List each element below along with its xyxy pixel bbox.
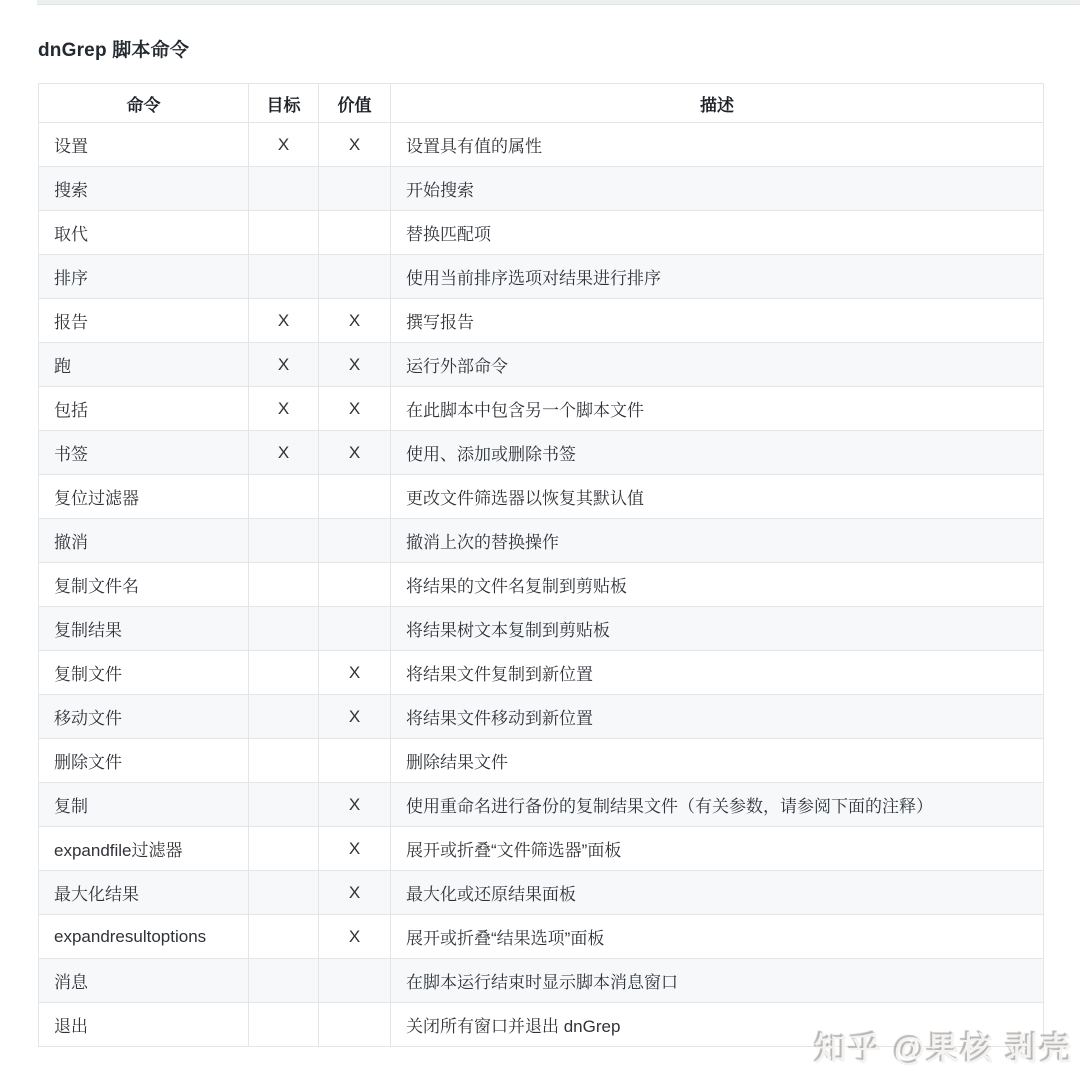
command-cell: 复位过滤器 xyxy=(39,475,249,519)
value-cell xyxy=(319,959,391,1003)
page: dnGrep 脚本命令 命令 目标 价值 描述 设置XX设置具有值的属性搜索开始… xyxy=(0,0,1080,1090)
target-cell: X xyxy=(249,299,319,343)
description-cell: 撰写报告 xyxy=(391,299,1044,343)
column-header-value: 价值 xyxy=(319,84,391,123)
column-header-command: 命令 xyxy=(39,84,249,123)
description-cell: 运行外部命令 xyxy=(391,343,1044,387)
description-cell: 使用重命名进行备份的复制结果文件（有关参数，请参阅下面的注释） xyxy=(391,783,1044,827)
target-cell xyxy=(249,167,319,211)
value-cell xyxy=(319,739,391,783)
command-cell: 最大化结果 xyxy=(39,871,249,915)
description-cell: 展开或折叠“结果选项”面板 xyxy=(391,915,1044,959)
table-row: 包括XX在此脚本中包含另一个脚本文件 xyxy=(39,387,1044,431)
command-cell: 搜索 xyxy=(39,167,249,211)
description-cell: 将结果的文件名复制到剪贴板 xyxy=(391,563,1044,607)
value-cell xyxy=(319,167,391,211)
description-cell: 设置具有值的属性 xyxy=(391,123,1044,167)
value-cell: X xyxy=(319,123,391,167)
target-cell xyxy=(249,915,319,959)
description-cell: 删除结果文件 xyxy=(391,739,1044,783)
command-cell: 复制文件名 xyxy=(39,563,249,607)
command-cell: 包括 xyxy=(39,387,249,431)
target-cell xyxy=(249,1003,319,1047)
target-cell xyxy=(249,783,319,827)
column-header-target: 目标 xyxy=(249,84,319,123)
value-cell xyxy=(319,607,391,651)
value-cell xyxy=(319,255,391,299)
table-row: 报告XX撰写报告 xyxy=(39,299,1044,343)
value-cell: X xyxy=(319,915,391,959)
value-cell xyxy=(319,475,391,519)
command-cell: 跑 xyxy=(39,343,249,387)
table-row: 复制X使用重命名进行备份的复制结果文件（有关参数，请参阅下面的注释） xyxy=(39,783,1044,827)
description-cell: 将结果树文本复制到剪贴板 xyxy=(391,607,1044,651)
command-cell: 报告 xyxy=(39,299,249,343)
description-cell: 更改文件筛选器以恢复其默认值 xyxy=(391,475,1044,519)
description-cell: 开始搜索 xyxy=(391,167,1044,211)
command-cell: 复制结果 xyxy=(39,607,249,651)
value-cell: X xyxy=(319,827,391,871)
value-cell: X xyxy=(319,431,391,475)
commands-table: 命令 目标 价值 描述 设置XX设置具有值的属性搜索开始搜索取代替换匹配项排序使… xyxy=(38,83,1044,1047)
description-cell: 替换匹配项 xyxy=(391,211,1044,255)
table-row: expandfile过滤器X展开或折叠“文件筛选器”面板 xyxy=(39,827,1044,871)
table-row: 复制文件X将结果文件复制到新位置 xyxy=(39,651,1044,695)
description-cell: 将结果文件移动到新位置 xyxy=(391,695,1044,739)
target-cell xyxy=(249,739,319,783)
target-cell xyxy=(249,211,319,255)
target-cell: X xyxy=(249,343,319,387)
command-cell: 消息 xyxy=(39,959,249,1003)
table-row: 书签XX使用、添加或删除书签 xyxy=(39,431,1044,475)
target-cell xyxy=(249,563,319,607)
target-cell xyxy=(249,827,319,871)
table-row: 复位过滤器更改文件筛选器以恢复其默认值 xyxy=(39,475,1044,519)
target-cell xyxy=(249,475,319,519)
table-row: 最大化结果X最大化或还原结果面板 xyxy=(39,871,1044,915)
command-cell: 设置 xyxy=(39,123,249,167)
target-cell: X xyxy=(249,123,319,167)
value-cell xyxy=(319,519,391,563)
value-cell: X xyxy=(319,651,391,695)
table-header-row: 命令 目标 价值 描述 xyxy=(39,84,1044,123)
description-cell: 最大化或还原结果面板 xyxy=(391,871,1044,915)
table-body: 设置XX设置具有值的属性搜索开始搜索取代替换匹配项排序使用当前排序选项对结果进行… xyxy=(39,123,1044,1047)
page-title: dnGrep 脚本命令 xyxy=(38,35,189,62)
description-cell: 在脚本运行结束时显示脚本消息窗口 xyxy=(391,959,1044,1003)
target-cell xyxy=(249,871,319,915)
table-row: 排序使用当前排序选项对结果进行排序 xyxy=(39,255,1044,299)
target-cell: X xyxy=(249,431,319,475)
target-cell: X xyxy=(249,387,319,431)
table-row: 复制结果将结果树文本复制到剪贴板 xyxy=(39,607,1044,651)
table-row: 删除文件删除结果文件 xyxy=(39,739,1044,783)
target-cell xyxy=(249,959,319,1003)
column-header-description: 描述 xyxy=(391,84,1044,123)
description-cell: 将结果文件复制到新位置 xyxy=(391,651,1044,695)
description-cell: 在此脚本中包含另一个脚本文件 xyxy=(391,387,1044,431)
command-cell: 退出 xyxy=(39,1003,249,1047)
command-cell: expandresultoptions xyxy=(39,915,249,959)
target-cell xyxy=(249,651,319,695)
table-row: 设置XX设置具有值的属性 xyxy=(39,123,1044,167)
command-cell: 排序 xyxy=(39,255,249,299)
table-row: 移动文件X将结果文件移动到新位置 xyxy=(39,695,1044,739)
value-cell xyxy=(319,211,391,255)
value-cell: X xyxy=(319,783,391,827)
command-cell: 书签 xyxy=(39,431,249,475)
description-cell: 使用当前排序选项对结果进行排序 xyxy=(391,255,1044,299)
table-row: 跑XX运行外部命令 xyxy=(39,343,1044,387)
table-row: 消息在脚本运行结束时显示脚本消息窗口 xyxy=(39,959,1044,1003)
value-cell: X xyxy=(319,387,391,431)
command-cell: 取代 xyxy=(39,211,249,255)
table-row: 取代替换匹配项 xyxy=(39,211,1044,255)
description-cell: 展开或折叠“文件筛选器”面板 xyxy=(391,827,1044,871)
value-cell: X xyxy=(319,695,391,739)
value-cell: X xyxy=(319,343,391,387)
target-cell xyxy=(249,607,319,651)
value-cell: X xyxy=(319,871,391,915)
command-cell: 删除文件 xyxy=(39,739,249,783)
value-cell xyxy=(319,1003,391,1047)
top-edge-strip xyxy=(37,0,1080,5)
table-row: 搜索开始搜索 xyxy=(39,167,1044,211)
command-cell: 复制文件 xyxy=(39,651,249,695)
command-cell: expandfile过滤器 xyxy=(39,827,249,871)
table-header: 命令 目标 价值 描述 xyxy=(39,84,1044,123)
command-cell: 移动文件 xyxy=(39,695,249,739)
target-cell xyxy=(249,255,319,299)
table-row: expandresultoptionsX展开或折叠“结果选项”面板 xyxy=(39,915,1044,959)
value-cell xyxy=(319,563,391,607)
table-row: 撤消撤消上次的替换操作 xyxy=(39,519,1044,563)
target-cell xyxy=(249,695,319,739)
description-cell: 使用、添加或删除书签 xyxy=(391,431,1044,475)
description-cell: 撤消上次的替换操作 xyxy=(391,519,1044,563)
table-row: 退出关闭所有窗口并退出 dnGrep xyxy=(39,1003,1044,1047)
command-cell: 复制 xyxy=(39,783,249,827)
table-row: 复制文件名将结果的文件名复制到剪贴板 xyxy=(39,563,1044,607)
target-cell xyxy=(249,519,319,563)
value-cell: X xyxy=(319,299,391,343)
command-cell: 撤消 xyxy=(39,519,249,563)
description-cell: 关闭所有窗口并退出 dnGrep xyxy=(391,1003,1044,1047)
